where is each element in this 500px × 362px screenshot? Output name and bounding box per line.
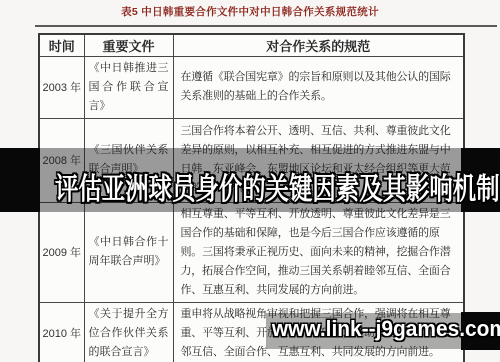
col-header-time: 时间 bbox=[39, 34, 84, 56]
norm-cell: 相互尊重、平等互利、开放透明、尊重彼此文化差异是三国合作的基础和保障，也是今后三… bbox=[173, 202, 464, 302]
banner-left-black-block bbox=[0, 148, 40, 212]
table-row: 2003 年《中日韩推进三国合作联合宣言》在遵循《联合国宪章》的宗旨和原则以及其… bbox=[39, 56, 464, 118]
year-cell: 2010 年 bbox=[39, 302, 84, 362]
overlay-headline-text: 评估亚洲球员身价的关键因素及其影响机制分析 bbox=[55, 164, 445, 208]
table-caption: 表5 中日韩重要合作文件中对中日韩合作关系规范统计 bbox=[0, 4, 500, 19]
year-cell: 2009 年 bbox=[39, 202, 84, 302]
col-header-norms: 对合作关系的规范 bbox=[173, 34, 464, 56]
caption-divider-rule bbox=[35, 25, 497, 27]
scanned-paper-page: 表5 中日韩重要合作文件中对中日韩合作关系规范统计 时间 重要文件 对合作关系的… bbox=[0, 0, 500, 362]
norm-cell: 在遵循《联合国宪章》的宗旨和原则以及其他公认的国际关系准则的基础上的合作关系。 bbox=[173, 56, 464, 118]
table-header-row: 时间 重要文件 对合作关系的规范 bbox=[39, 34, 464, 56]
col-header-document: 重要文件 bbox=[84, 34, 173, 56]
year-cell: 2003 年 bbox=[39, 56, 84, 118]
watermark-url-text: www.link--j9games.com bbox=[272, 316, 494, 342]
document-cell: 《中日韩合作十周年联合声明》 bbox=[84, 202, 173, 302]
document-cell: 《中日韩推进三国合作联合宣言》 bbox=[84, 56, 173, 118]
table-row: 2009 年《中日韩合作十周年联合声明》相互尊重、平等互利、开放透明、尊重彼此文… bbox=[39, 202, 464, 302]
document-cell: 《关于提升全方位合作伙伴关系的联合宣言》 bbox=[84, 302, 173, 362]
